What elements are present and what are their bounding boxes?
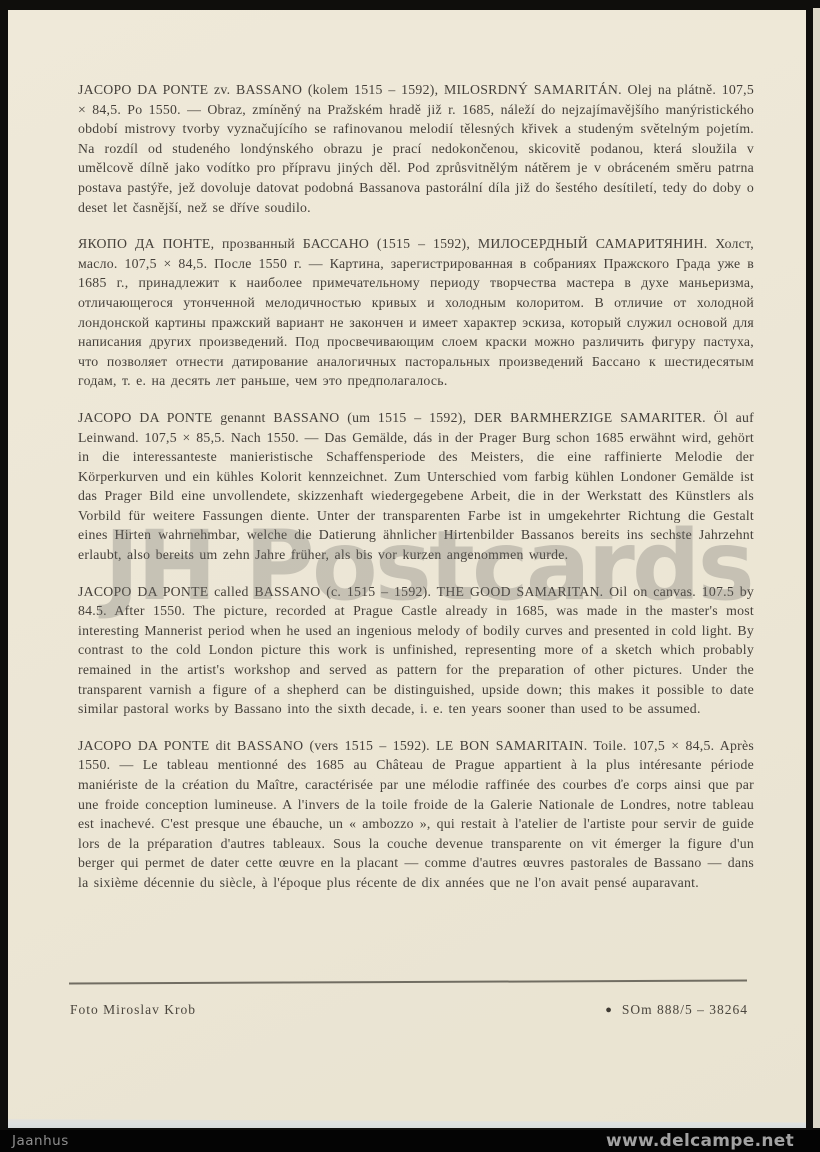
description-text-block: JACOPO DA PONTE zv. BASSANO (kolem 1515 … — [78, 80, 754, 910]
catalog-number-text: SOm 888/5 – 38264 — [622, 1002, 748, 1017]
scan-right-edge — [813, 8, 820, 1128]
footer-row: Foto Miroslav Krob ●SOm 888/5 – 38264 — [70, 1002, 748, 1018]
catalog-number: ●SOm 888/5 – 38264 — [605, 1002, 748, 1018]
watermark-seller-name: Jaanhus — [12, 1133, 69, 1149]
paragraph-czech: JACOPO DA PONTE zv. BASSANO (kolem 1515 … — [78, 80, 754, 217]
paragraph-english: JACOPO DA PONTE called BASSANO (c. 1515 … — [78, 582, 754, 719]
bottom-bar: Jaanhus www.delcampe.net — [0, 1130, 820, 1152]
paragraph-german: JACOPO DA PONTE genannt BASSANO (um 1515… — [78, 408, 754, 565]
footer-divider-line — [69, 980, 747, 985]
paragraph-french: JACOPO DA PONTE dit BASSANO (vers 1515 –… — [78, 736, 754, 893]
bullet-icon: ● — [605, 1004, 613, 1016]
paragraph-russian: ЯКОПО ДА ПОНТЕ, прозванный БАССАНО (1515… — [78, 234, 754, 391]
postcard-paper: JACOPO DA PONTE zv. BASSANO (kolem 1515 … — [8, 10, 806, 1128]
paper-edge — [8, 1117, 806, 1128]
photo-credit: Foto Miroslav Krob — [70, 1002, 196, 1018]
watermark-site-url: www.delcampe.net — [606, 1131, 794, 1151]
scanned-postcard-back: JACOPO DA PONTE zv. BASSANO (kolem 1515 … — [0, 0, 820, 1152]
